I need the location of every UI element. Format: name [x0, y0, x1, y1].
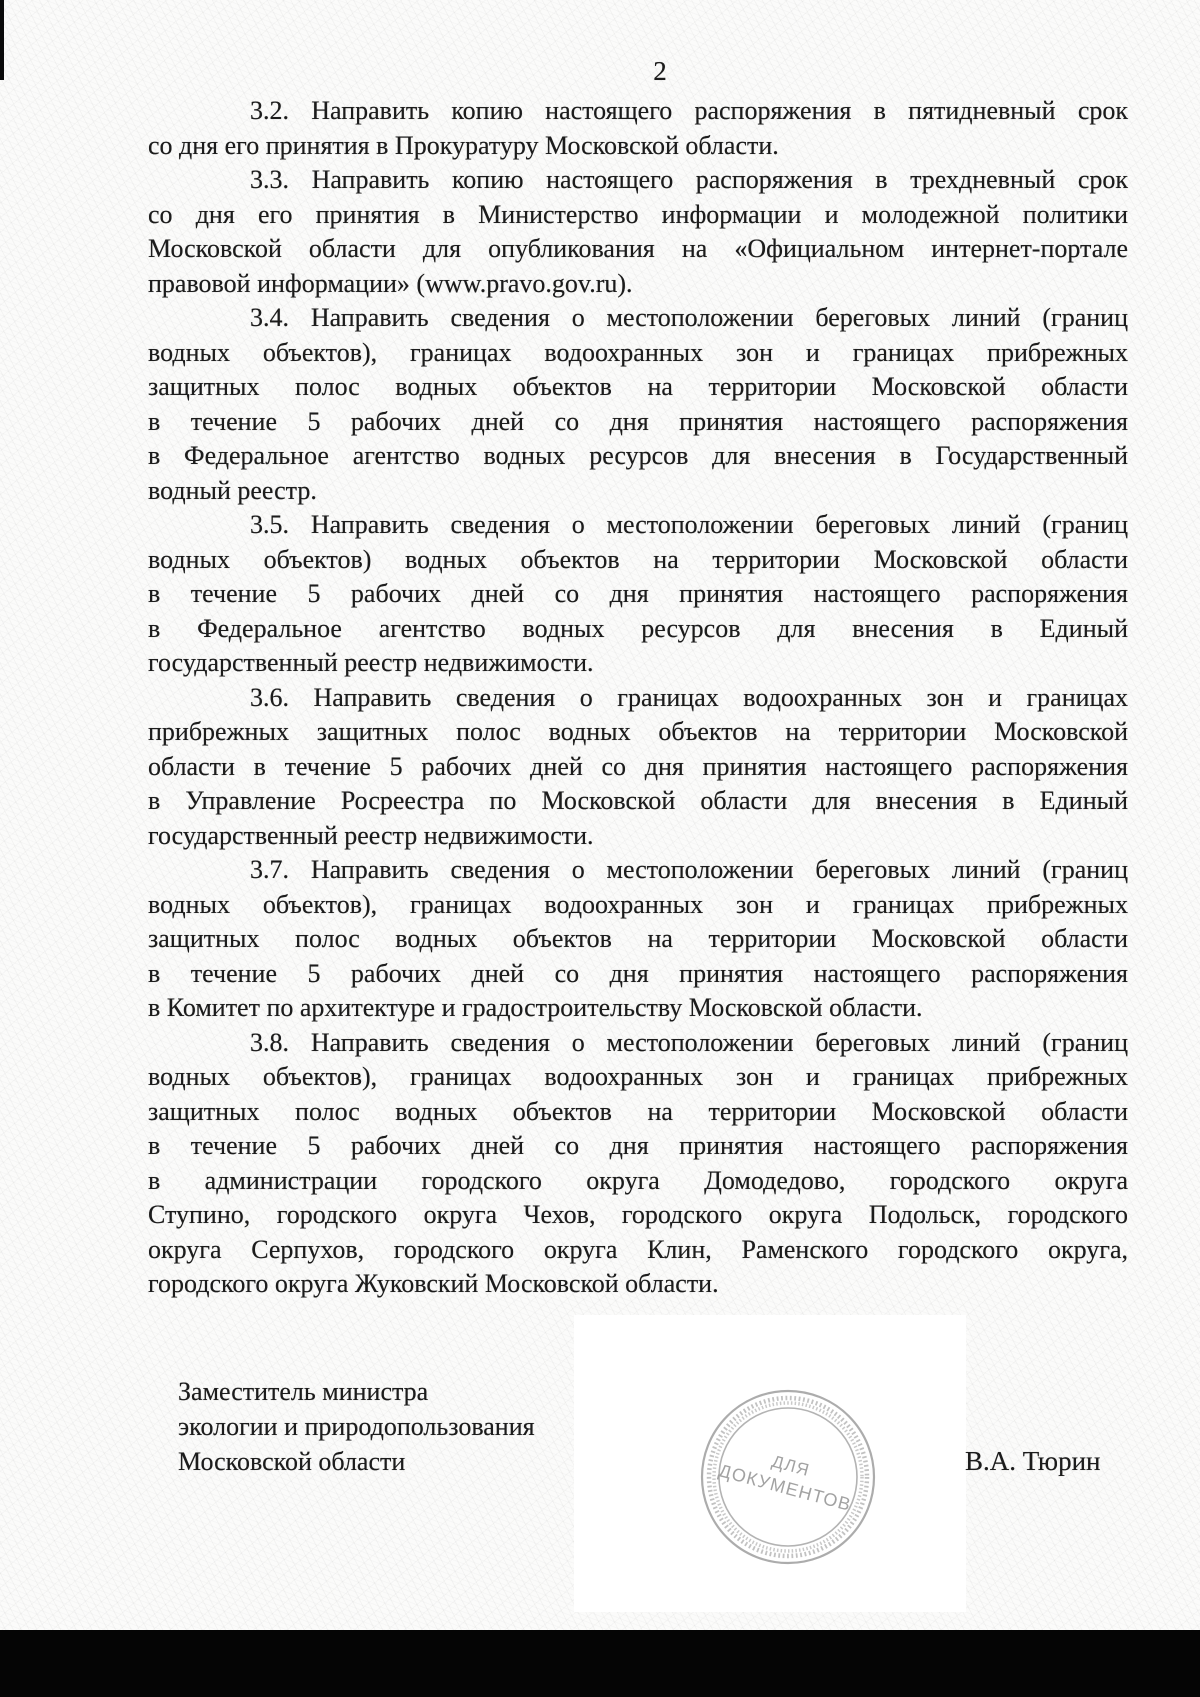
body-line: Ступино, городского округа Чехов, городс…: [148, 1198, 1128, 1233]
body-line: водных объектов), границах водоохранных …: [148, 1060, 1128, 1095]
body-line: в течение 5 рабочих дней со дня принятия…: [148, 1129, 1128, 1164]
body-line: 3.2. Направить копию настоящего распоряж…: [148, 94, 1128, 129]
body-line: защитных полос водных объектов на террит…: [148, 922, 1128, 957]
body-line: в Комитет по архитектуре и градостроител…: [148, 991, 1128, 1026]
body-line: в Управление Росреестра по Московской об…: [148, 784, 1128, 819]
body-line: государственный реестр недвижимости.: [148, 819, 1128, 854]
body-line: защитных полос водных объектов на террит…: [148, 370, 1128, 405]
scan-footer-bar: [0, 1630, 1200, 1697]
body-line: области в течение 5 рабочих дней со дня …: [148, 750, 1128, 785]
signatory-title-line-1: Заместитель министра: [178, 1374, 535, 1409]
body-line: в течение 5 рабочих дней со дня принятия…: [148, 957, 1128, 992]
signatory-name: В.А. Тюрин: [965, 1446, 1100, 1477]
body-line: в течение 5 рабочих дней со дня принятия…: [148, 577, 1128, 612]
official-stamp-icon: ДЛЯ ДОКУМЕНТОВ: [698, 1387, 878, 1567]
body-line: водных объектов) водных объектов на терр…: [148, 543, 1128, 578]
body-line: городского округа Жуковский Московской о…: [148, 1267, 1128, 1302]
body-line: водных объектов), границах водоохранных …: [148, 888, 1128, 923]
scan-edge-artifact: [0, 0, 4, 80]
body-line: 3.4. Направить сведения о местоположении…: [148, 301, 1128, 336]
body-line: 3.5. Направить сведения о местоположении…: [148, 508, 1128, 543]
signatory-title-line-2: экологии и природопользования: [178, 1409, 535, 1444]
body-line: со дня его принятия в Министерство инфор…: [148, 198, 1128, 233]
document-body: 3.2. Направить копию настоящего распоряж…: [148, 94, 1128, 1302]
body-line: водный реестр.: [148, 474, 1128, 509]
body-line: Московской области для опубликования на …: [148, 232, 1128, 267]
body-line: прибрежных защитных полос водных объекто…: [148, 715, 1128, 750]
signatory-title-line-3: Московской области: [178, 1444, 535, 1479]
body-line: 3.3. Направить копию настоящего распоряж…: [148, 163, 1128, 198]
body-line: со дня его принятия в Прокуратуру Москов…: [148, 129, 1128, 164]
body-line: в администрации городского округа Домоде…: [148, 1164, 1128, 1199]
body-line: округа Серпухов, городского округа Клин,…: [148, 1233, 1128, 1268]
page-number: 2: [640, 56, 680, 87]
body-line: в Федеральное агентство водных ресурсов …: [148, 439, 1128, 474]
body-line: 3.8. Направить сведения о местоположении…: [148, 1026, 1128, 1061]
body-line: государственный реестр недвижимости.: [148, 646, 1128, 681]
signature-block: Заместитель министра экологии и природоп…: [178, 1374, 535, 1479]
body-line: водных объектов), границах водоохранных …: [148, 336, 1128, 371]
stamp-center-text: ДЛЯ ДОКУМЕНТОВ: [717, 1439, 860, 1515]
body-line: защитных полос водных объектов на террит…: [148, 1095, 1128, 1130]
body-line: 3.6. Направить сведения о границах водоо…: [148, 681, 1128, 716]
body-line: правовой информации» (www.pravo.gov.ru).: [148, 267, 1128, 302]
body-line: в течение 5 рабочих дней со дня принятия…: [148, 405, 1128, 440]
body-line: в Федеральное агентство водных ресурсов …: [148, 612, 1128, 647]
body-line: 3.7. Направить сведения о местоположении…: [148, 853, 1128, 888]
